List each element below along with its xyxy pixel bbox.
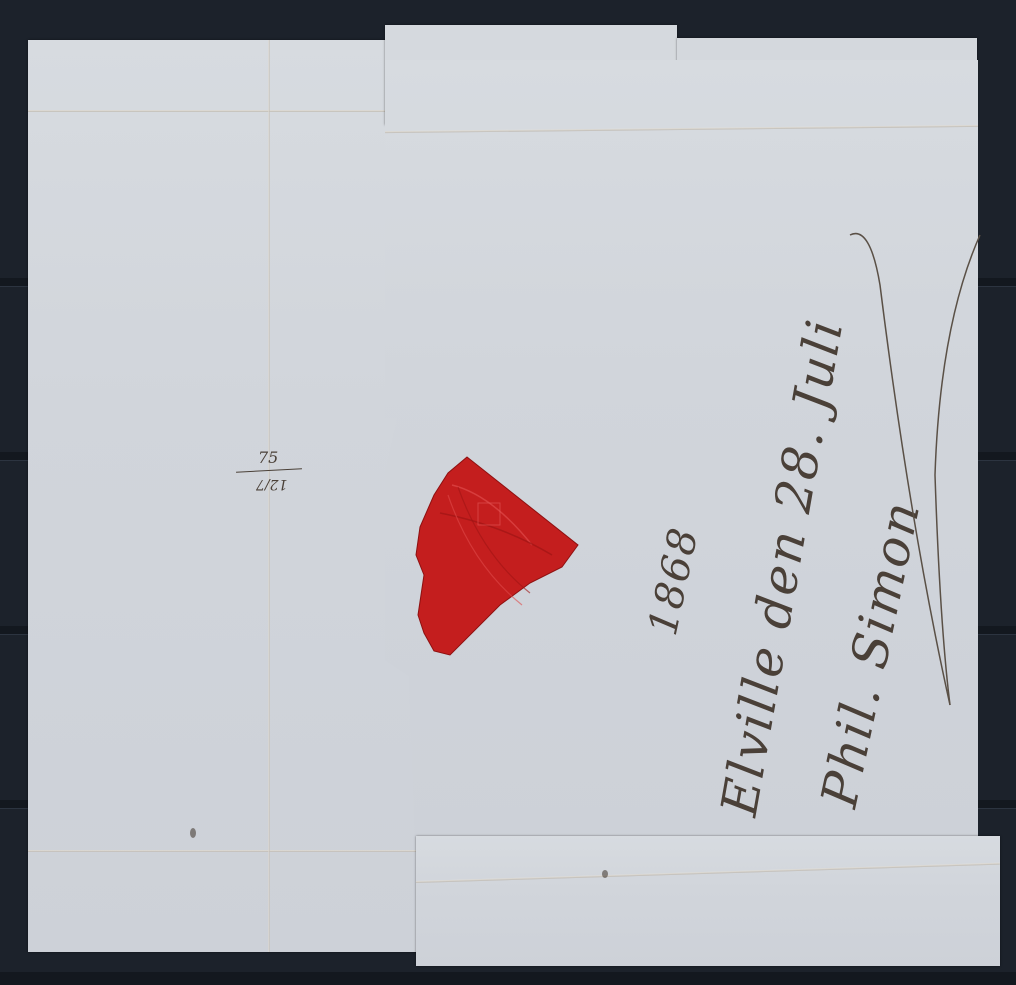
- stockbook-strip: [0, 972, 1016, 985]
- signature-flourish: [840, 225, 990, 725]
- wax-seal: [412, 455, 580, 660]
- docket-note: 75 12/7: [236, 448, 306, 508]
- letter-bottom-panel: [416, 836, 1000, 966]
- fold-line: [385, 125, 978, 133]
- ink-stain: [602, 870, 608, 878]
- fold-line: [416, 863, 1000, 883]
- docket-note-bottom: 12/7: [256, 476, 287, 492]
- ink-stain: [190, 828, 196, 838]
- letter-left-panel: [28, 40, 428, 952]
- fold-line: [28, 850, 428, 852]
- docket-note-rule: [236, 468, 302, 472]
- fold-line: [28, 110, 428, 112]
- docket-note-top: 75: [258, 448, 278, 467]
